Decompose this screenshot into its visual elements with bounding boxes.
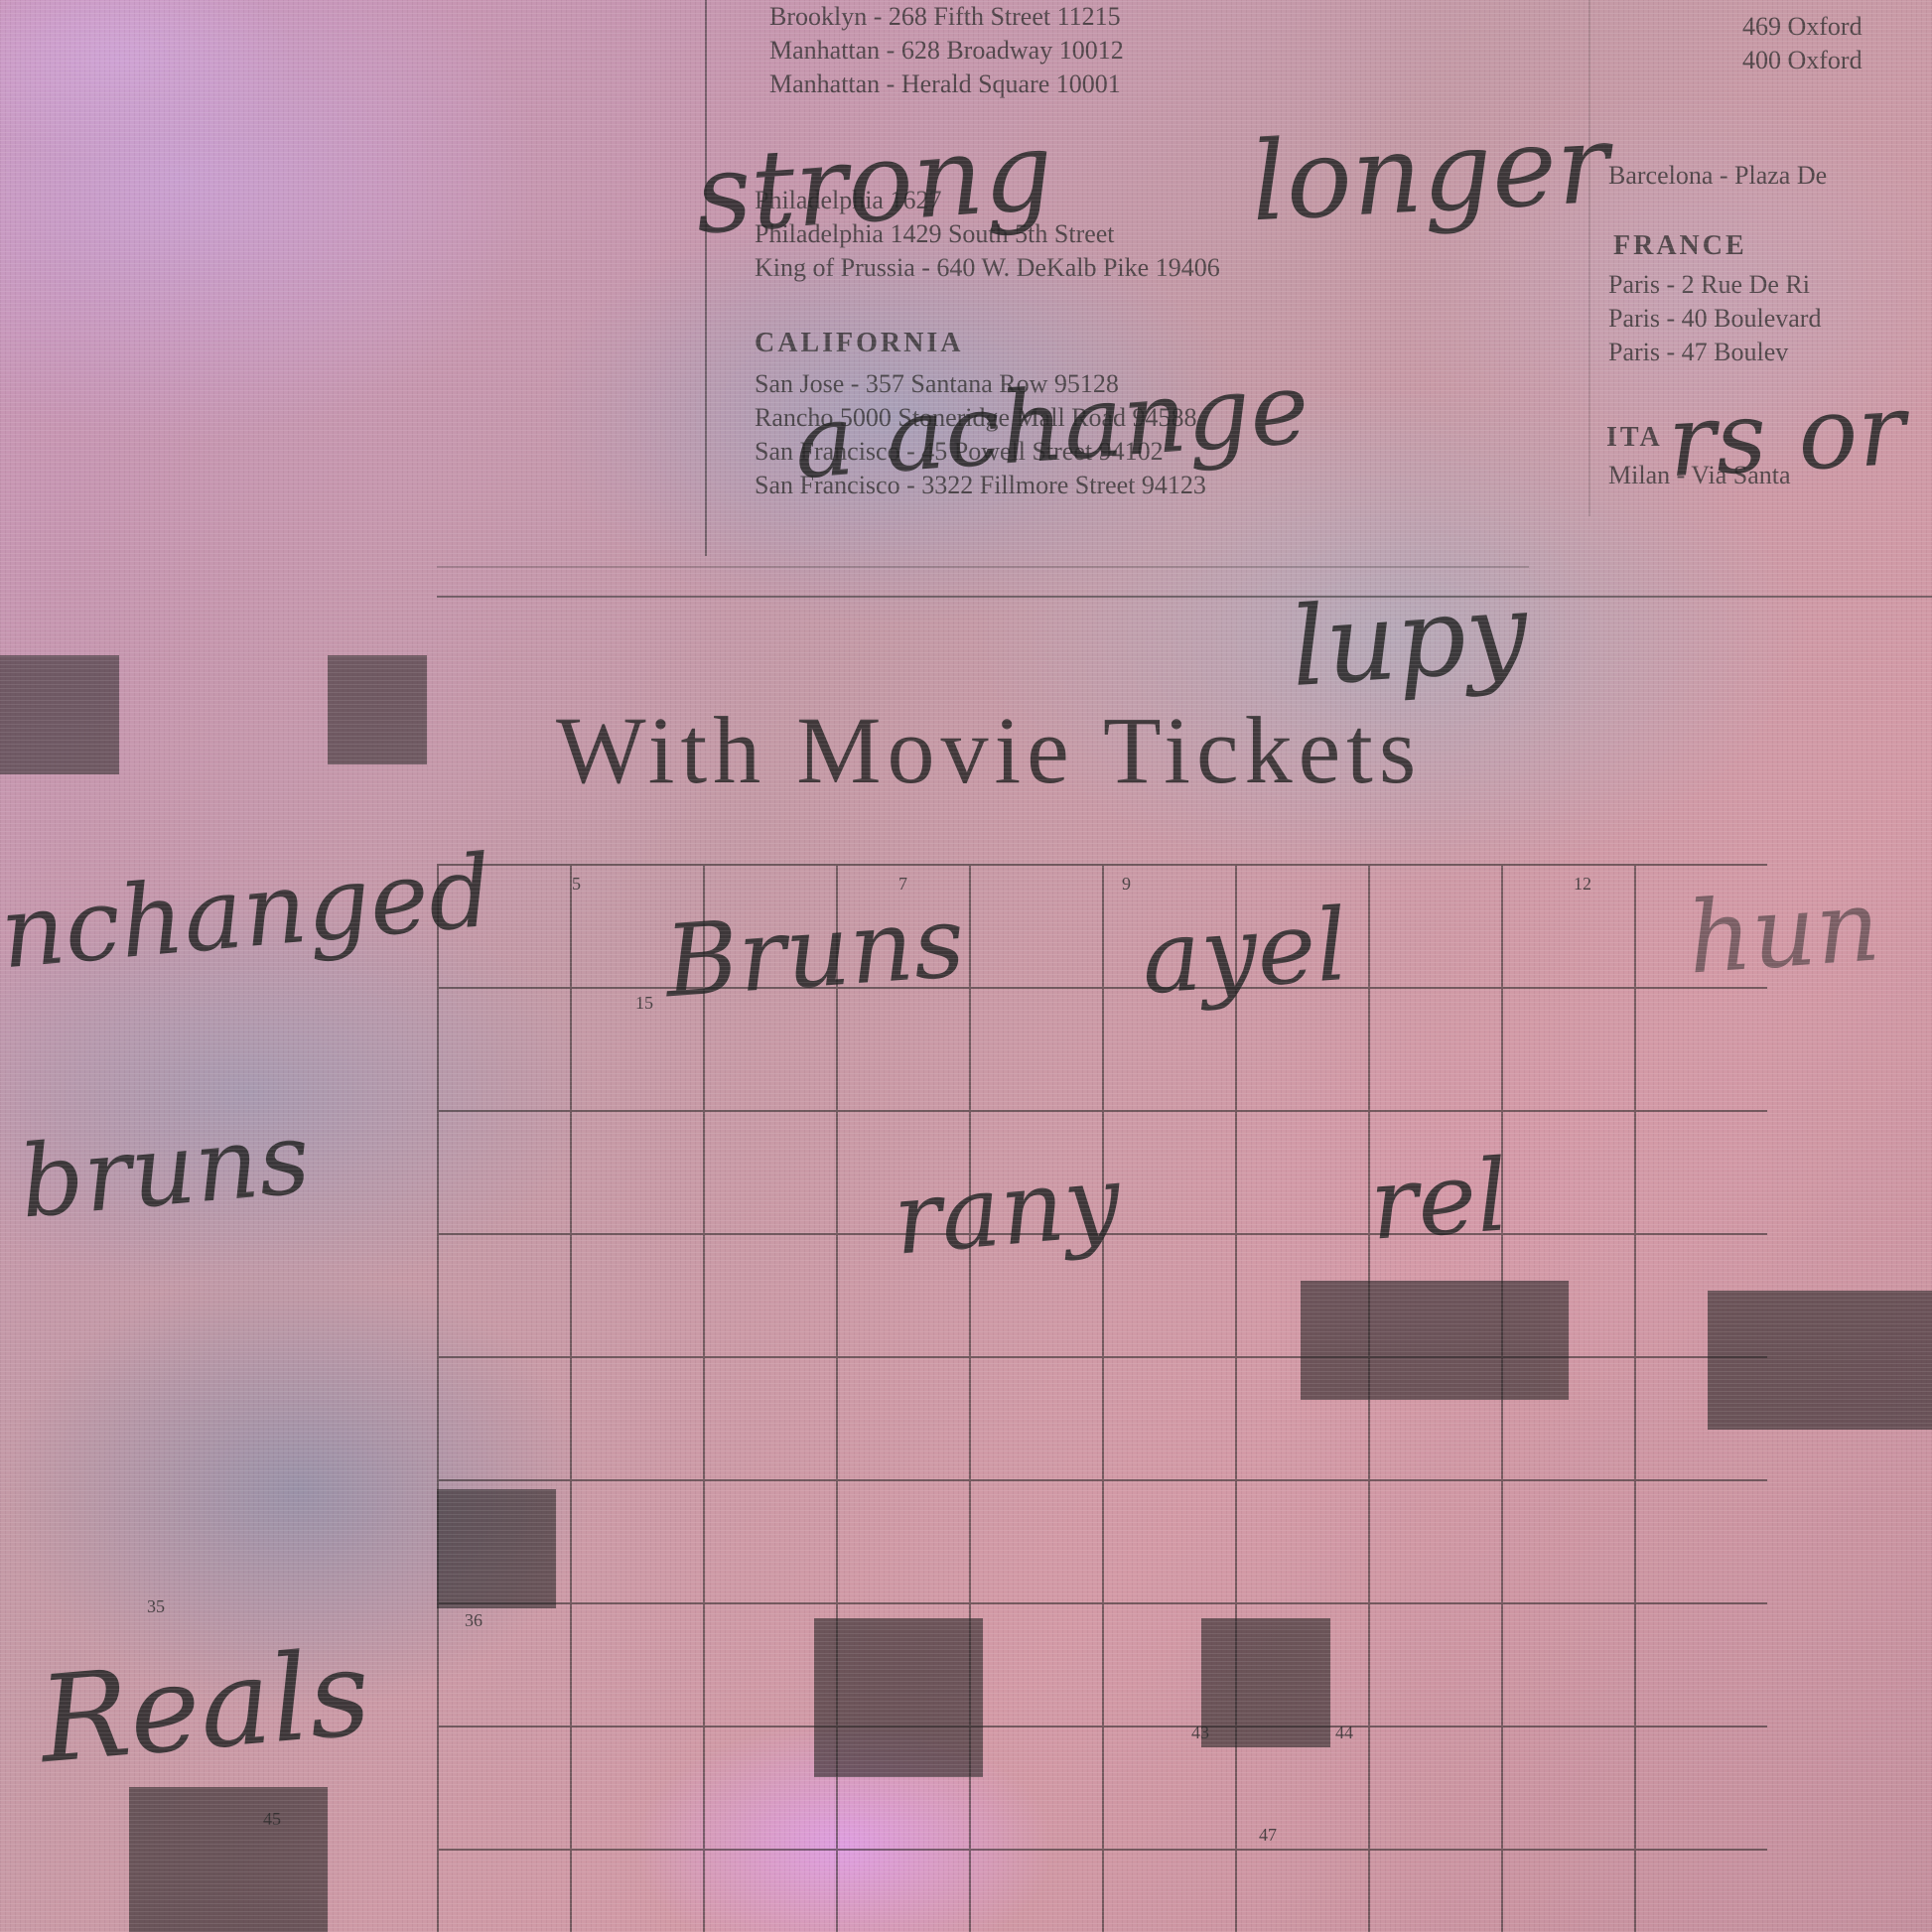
fabric-weave-texture [0, 0, 1932, 1932]
